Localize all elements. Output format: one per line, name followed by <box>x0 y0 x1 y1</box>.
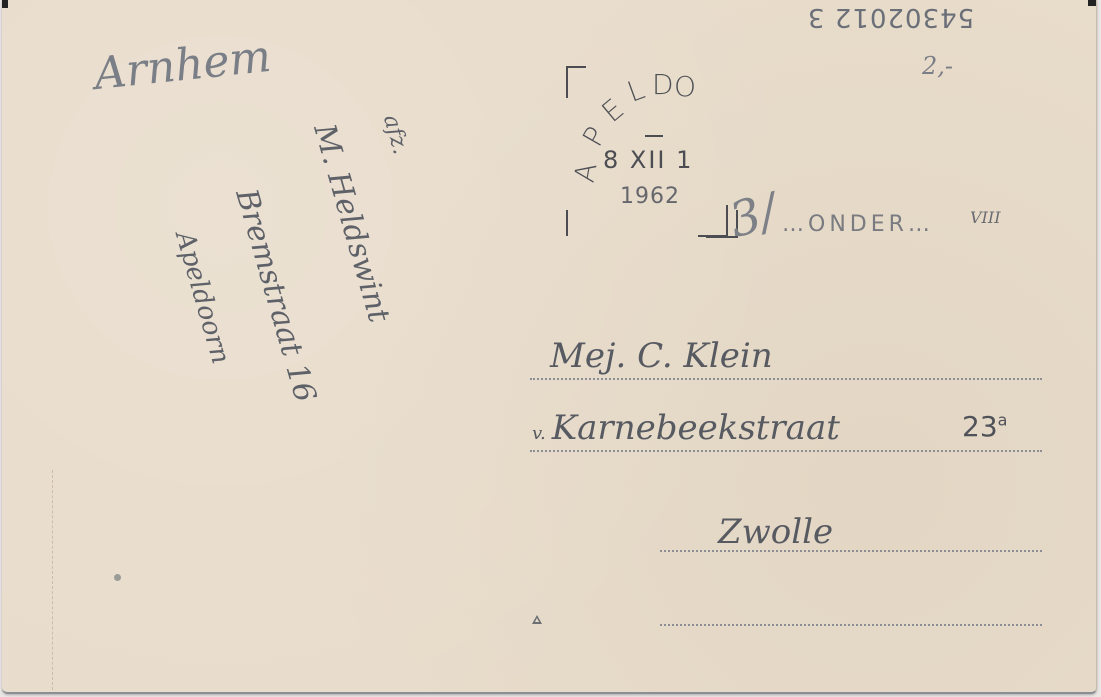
postmark-year: 1962 <box>620 184 680 209</box>
scan-corner <box>2 0 8 8</box>
price-annotation: 2,- <box>922 52 953 80</box>
recipient-prefix: v. <box>532 423 546 444</box>
sender-prefix: afz. <box>378 112 413 157</box>
recipient-city: Zwolle <box>718 512 833 552</box>
postmark-date: 8 XII 1 <box>603 146 693 174</box>
cancellation-frame <box>698 205 728 237</box>
address-line <box>530 378 1042 380</box>
postmark-stamp: A P E L D O 8 XII 1 1962 <box>558 60 758 245</box>
postmark-dash <box>645 135 663 137</box>
archive-number: 54302012 3 <box>807 2 974 32</box>
recipient-street-name: Karnebeekstraat <box>552 408 840 448</box>
torn-edge <box>52 470 55 690</box>
city-annotation: Arnhem <box>92 31 274 100</box>
triangle-icon <box>532 615 542 624</box>
dot-mark <box>114 574 121 581</box>
sender-city: Apeldoorn <box>169 228 235 367</box>
scan-corner <box>1088 0 1096 6</box>
postcard-back: 54302012 3 2,- Arnhem afz. M. Heldswint … <box>2 0 1097 694</box>
recipient-name: Mej. C. Klein <box>550 336 773 376</box>
recipient-street: v.Karnebeekstraat <box>532 408 840 448</box>
sender-street: Bremstraat 16 <box>228 185 322 406</box>
sender-name: M. Heldswint <box>306 120 396 326</box>
cancellation-text: …ONDER… <box>782 212 934 237</box>
recipient-house-number: 23a <box>962 410 1007 443</box>
cancellation-roman: VIII <box>970 208 1001 227</box>
address-line <box>530 450 1042 452</box>
address-line <box>660 624 1042 626</box>
